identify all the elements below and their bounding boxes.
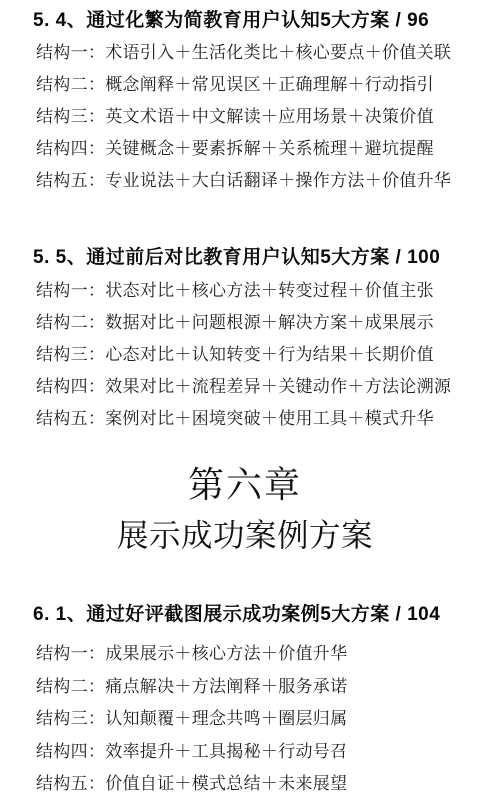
structure-item: 结构四：关键概念＋要素拆解＋关系梳理＋避坑提醒	[36, 133, 451, 165]
structure-item: 结构一：状态对比＋核心方法＋转变过程＋价值主张	[36, 275, 451, 307]
structure-item: 结构一：成果展示＋核心方法＋价值升华	[36, 638, 347, 671]
structure-item: 结构三：认知颠覆＋理念共鸣＋圈层归属	[36, 703, 347, 736]
section-5-5-item-list: 结构一：状态对比＋核心方法＋转变过程＋价值主张 结构二：数据对比＋问题根源＋解决…	[36, 275, 451, 435]
structure-item: 结构五：专业说法＋大白话翻译＋操作方法＋价值升华	[36, 165, 451, 197]
structure-item: 结构五：案例对比＋困境突破＋使用工具＋模式升华	[36, 403, 451, 435]
structure-item: 结构四：效果对比＋流程差异＋关键动作＋方法论溯源	[36, 371, 451, 403]
structure-item: 结构二：痛点解决＋方法阐释＋服务承诺	[36, 671, 347, 704]
structure-item: 结构四：效率提升＋工具揭秘＋行动号召	[36, 736, 347, 769]
structure-item: 结构五：价值自证＋模式总结＋未来展望	[36, 768, 347, 801]
structure-item: 结构二：数据对比＋问题根源＋解决方案＋成果展示	[36, 307, 451, 339]
chapter-number: 第六章	[0, 463, 490, 507]
section-5-4-item-list: 结构一：术语引入＋生活化类比＋核心要点＋价值关联 结构二：概念阐释＋常见误区＋正…	[36, 37, 451, 197]
chapter-title: 展示成功案例方案	[0, 515, 490, 557]
structure-item: 结构三：英文术语＋中文解读＋应用场景＋决策价值	[36, 101, 451, 133]
toc-page: 5. 4、通过化繁为简教育用户认知5大方案 / 96 结构一：术语引入＋生活化类…	[0, 0, 490, 809]
section-heading-5-4: 5. 4、通过化繁为简教育用户认知5大方案 / 96	[33, 8, 429, 34]
section-6-1-item-list: 结构一：成果展示＋核心方法＋价值升华 结构二：痛点解决＋方法阐释＋服务承诺 结构…	[36, 638, 347, 801]
section-heading-5-5: 5. 5、通过前后对比教育用户认知5大方案 / 100	[33, 245, 440, 271]
structure-item: 结构二：概念阐释＋常见误区＋正确理解＋行动指引	[36, 69, 451, 101]
structure-item: 结构一：术语引入＋生活化类比＋核心要点＋价值关联	[36, 37, 451, 69]
section-heading-6-1: 6. 1、通过好评截图展示成功案例5大方案 / 104	[33, 602, 440, 628]
structure-item: 结构三：心态对比＋认知转变＋行为结果＋长期价值	[36, 339, 451, 371]
